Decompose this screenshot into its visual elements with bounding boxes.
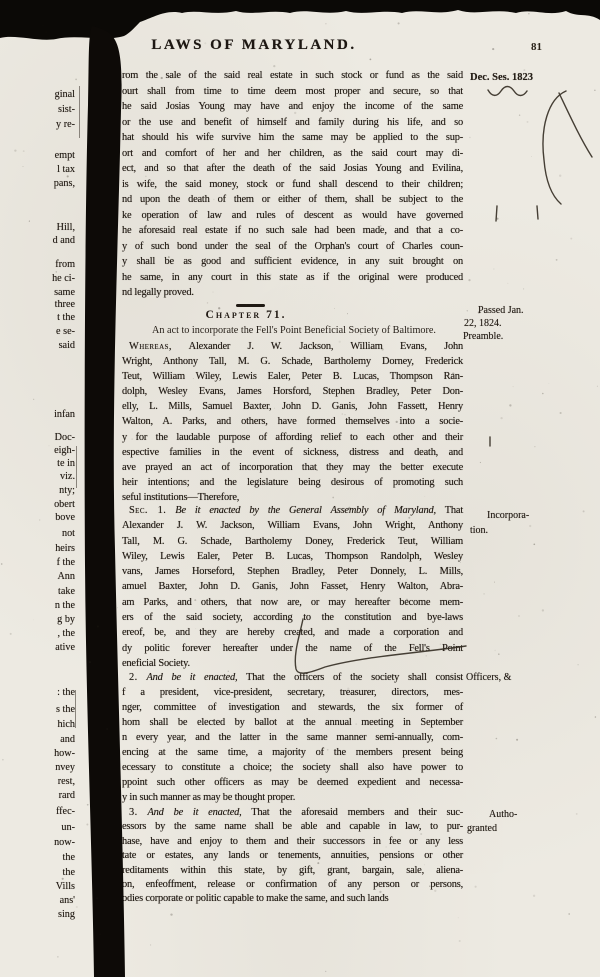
text-line: he same, in any court in this state as i… [122,270,463,286]
text-line: he aforesaid real estate if no such sale… [122,223,463,239]
margin-note-session: Dec. Ses. 1823 [470,72,533,83]
scan-tear-top [0,0,600,40]
text-line: dy politic forever hereafter under the n… [122,641,463,656]
left-edge-fragment: the [63,867,75,878]
margin-note-incorporation: Incorpora- [487,510,529,521]
text-line: eneficial Society. [122,656,463,671]
page-number: 81 [531,41,542,53]
section-3-paragraph: 3. And be it enacted, That the aforesaid… [122,806,463,907]
text-line: nger, committee of investigation and ste… [122,700,463,715]
text-line: is wife, the said money, stock or fund s… [122,177,463,193]
left-edge-fragment: e se- [56,326,75,337]
text-line: dolph, Wesley Evans, James Horsford, Ste… [122,384,463,399]
section-1-paragraph: Sec. 1. Be it enacted by the General Ass… [122,503,463,671]
margin-rule-segment [75,690,76,728]
text-line: espective families in the event of sickn… [122,445,463,460]
text-line: y of such bond under the seal of the Orp… [122,239,463,255]
left-edge-fragment: bove [55,512,75,523]
chapter-title: Chapter 71. [150,309,342,321]
text-line: ers of the said society, according to th… [122,610,463,625]
left-edge-fragment: how- [54,748,75,759]
margin-rule-segment [79,86,80,138]
left-edge-fragment: : the [57,687,75,698]
left-edge-fragment: said [59,340,75,351]
left-edge-fragment: ans' [60,895,75,906]
left-edge-fragment: ginal [55,89,75,100]
text-line: amuel Baxter, John D. Ganis, John Fasset… [122,579,463,594]
text-line: reditaments within this state, by gift, … [122,864,463,878]
paragraph-continuation: rom the sale of the said real estate in … [122,68,463,301]
text-line: vans, James Horseford, Stephen Bradley, … [122,564,463,579]
left-edge-fragment: from [55,259,75,270]
text-line: Teut, William Wiley, Lewis Ealer, Peter … [122,369,463,384]
text-line: elly, L. Mills, Samuel Baxter, John D. G… [122,399,463,414]
left-edge-fragment: the [63,852,75,863]
left-edge-fragment: take [58,586,75,597]
margin-note-preamble: Preamble. [463,331,503,342]
left-edge-fragment: nty; [59,485,75,496]
scanned-book-page: LAWS OF MARYLAND. 81 ginalsist-y re-empt… [0,0,600,977]
left-edge-fragment: not [62,528,75,539]
margin-note-officers: Officers, & [466,672,511,683]
left-edge-fragment: y re- [56,119,75,130]
text-line: y in such manner as may be thought prope… [122,790,463,805]
left-edge-fragment: ffec- [56,806,75,817]
text-line: 3. And be it enacted, That the aforesaid… [122,806,463,820]
text-line: encing at the same time, a majority of t… [122,745,463,760]
section-2-paragraph: 2. And be it enacted, That the officers … [122,670,463,805]
book-gutter-shadow [85,26,125,977]
text-line: he said Josias Young may have and enjoy … [122,99,463,115]
text-line: ave prayed an act of incorporation that … [122,460,463,475]
text-line: on, enfeoffment, release or confirmation… [122,878,463,892]
left-edge-fragment: he ci- [52,273,75,284]
text-line: ecessary to constitute a choice; the soc… [122,760,463,775]
text-line: or the use and benefit of himself and fa… [122,115,463,131]
left-edge-fragment: t the [57,312,75,323]
left-edge-fragment: empt [55,150,75,161]
left-edge-fragment: s the [56,704,75,715]
margin-note-authority: Autho- [489,809,517,820]
text-line: y shall be as good and sufficient eviden… [122,254,463,270]
left-edge-fragment: obert [54,499,75,510]
text-line: hase, have and enjoy to them and their s… [122,835,463,849]
chapter-divider-rule [236,304,265,307]
text-line: f a president, vice-president, secretary… [122,685,463,700]
text-line: nd upon the death of them or either of t… [122,192,463,208]
text-line: ppoint such other officers as may be dee… [122,775,463,790]
text-line: rom the sale of the said real estate in … [122,68,463,84]
left-edge-fragments: ginalsist-y re-emptl taxpans,Hill,d andf… [0,0,78,977]
text-line: essors by the same name shall be able an… [122,820,463,834]
text-line: ke operation of law and rules of descent… [122,208,463,224]
left-edge-fragment: d and [53,235,75,246]
text-line: y for the laudable purpose of affording … [122,430,463,445]
text-line: nd legally proved. [122,285,463,301]
margin-note-passed: Passed Jan. [478,305,524,316]
left-edge-fragment: te in [57,458,75,469]
text-line: 2. And be it enacted, That the officers … [122,670,463,685]
left-edge-fragment: hich [57,719,75,730]
text-line: am Parks, and others, that now are, or m… [122,595,463,610]
text-line: heir intentions; and the legislature bei… [122,475,463,490]
text-line: Walton, A. Parks, and others, have forme… [122,414,463,429]
margin-note-incorporation: tion. [470,525,488,536]
page-header-title: LAWS OF MARYLAND. [118,37,390,54]
text-line: ect, and so that after the death of the … [122,161,463,177]
text-line: n every year, and the latter in the same… [122,730,463,745]
text-line: ort and comfort of her and her children,… [122,146,463,162]
left-edge-fragment: Ann [57,571,75,582]
left-edge-fragment: g by [57,614,75,625]
left-edge-fragment: f the [57,557,75,568]
left-edge-fragment: heirs [55,543,75,554]
text-line: Tall, M. G. Schade, Bartholemy Doney, Fr… [122,534,463,549]
text-line: tate or estates, any lands or tenements,… [122,849,463,863]
chapter-subtitle: An act to incorporate the Fell's Point B… [133,325,455,336]
left-edge-fragment: nvey [55,762,75,773]
left-edge-fragment: un- [61,822,75,833]
left-edge-fragment: Hill, [57,222,75,233]
text-line: odies corporate or politic capable to ma… [122,892,463,906]
left-edge-fragment: ative [55,642,75,653]
text-line: Alexander J. W. Jackson, William Evans, … [122,518,463,533]
left-edge-fragment: three [55,299,75,310]
left-edge-fragment: n the [55,600,75,611]
left-edge-fragment: and [60,734,75,745]
text-line: hat should his wife survive him the same… [122,130,463,146]
text-line: Sec. 1. Be it enacted by the General Ass… [122,503,463,518]
left-edge-fragment: l tax [57,164,75,175]
margin-rule-segment [76,446,77,488]
left-edge-fragment: pans, [54,178,75,189]
whereas-paragraph: Whereas, Alexander J. W. Jackson, Willia… [122,339,463,505]
left-edge-fragment: same [54,287,75,298]
left-edge-fragment: viz. [60,471,75,482]
text-line: hom shall be elected by ballot at the an… [122,715,463,730]
margin-note-passed-date: 22, 1824. [464,318,502,329]
left-edge-fragment: Vills [56,881,75,892]
left-edge-fragment: Doc- [55,432,75,443]
text-line: ourt shall from time to time deem most p… [122,84,463,100]
left-edge-fragment: infan [54,409,75,420]
left-edge-fragment: rard [59,790,75,801]
text-line: Whereas, Alexander J. W. Jackson, Willia… [122,339,463,354]
left-edge-fragment: now- [54,837,75,848]
left-edge-fragment: , the [57,628,75,639]
text-line: ereof, be, and they are hereby created, … [122,625,463,640]
left-edge-fragment: rest, [58,776,75,787]
left-edge-fragment: sing [58,909,75,920]
left-edge-fragment: sist- [58,104,75,115]
text-line: Wiley, Lewis Ealer, Peter B. Lucas, Thom… [122,549,463,564]
margin-note-authority: granted [467,823,497,834]
text-line: Wright, Anthony Tall, M. G. Schade, Bart… [122,354,463,369]
left-edge-fragment: eigh- [54,445,75,456]
